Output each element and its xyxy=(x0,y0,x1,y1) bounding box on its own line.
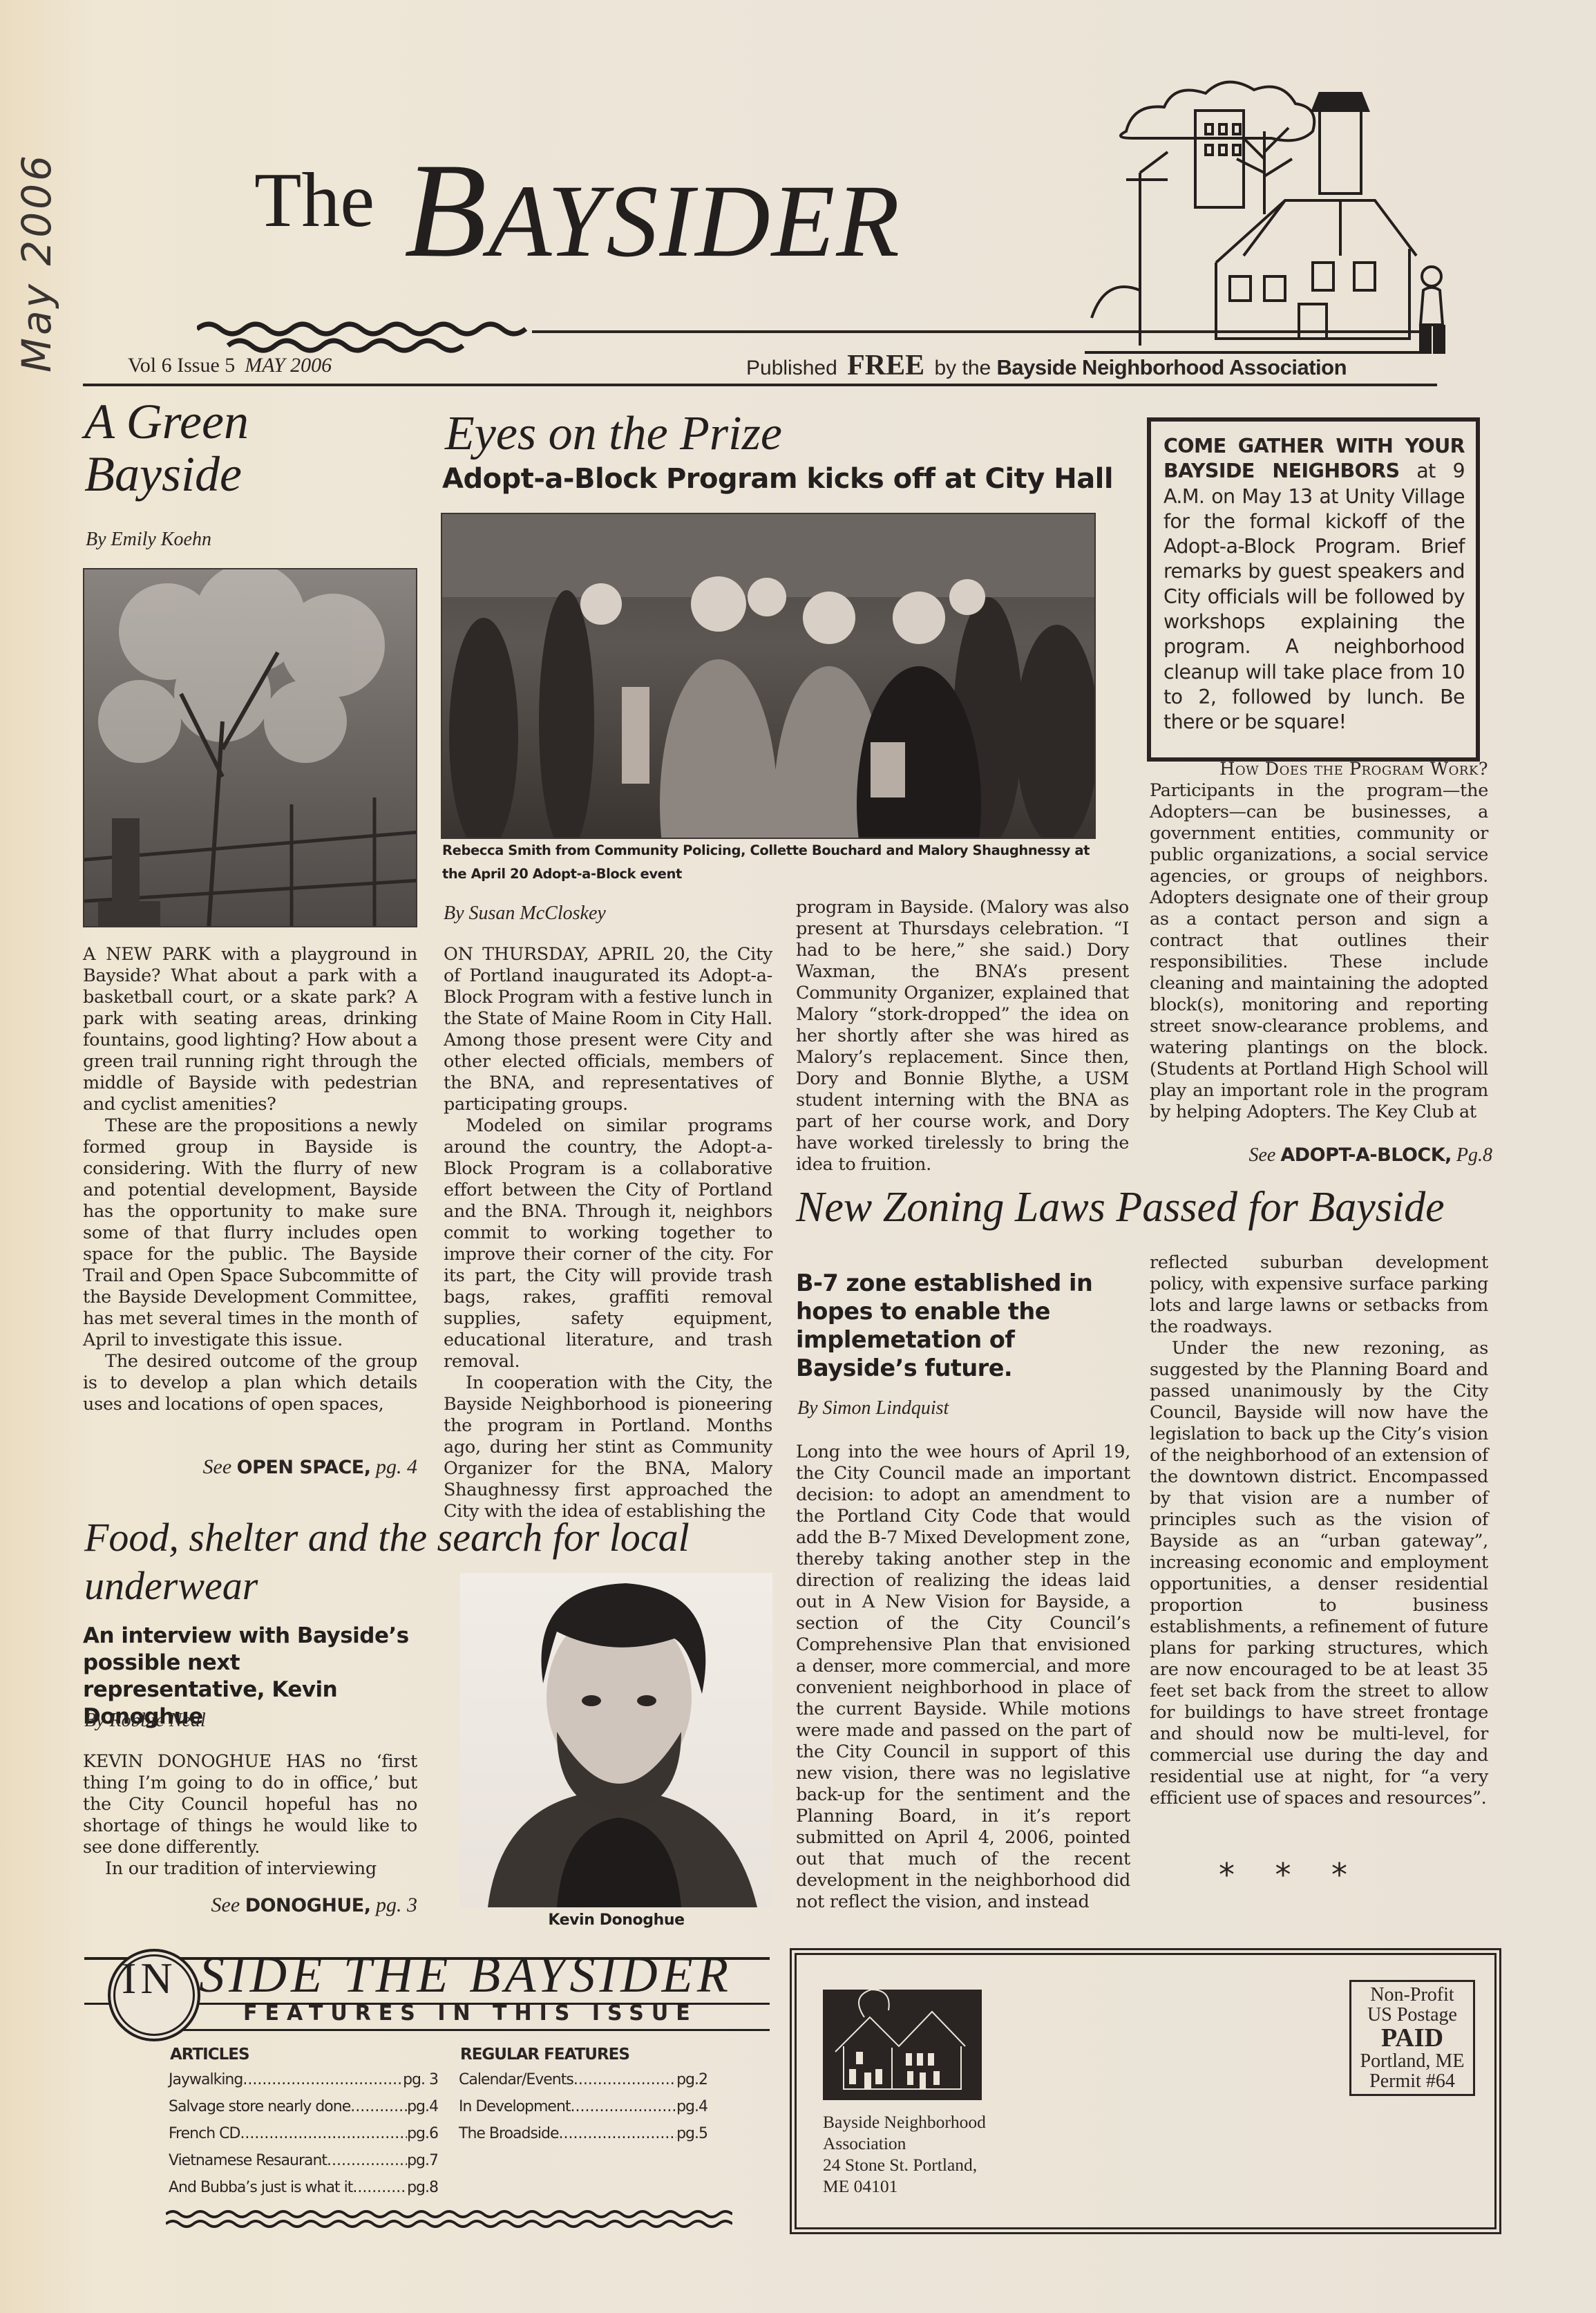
eyes-on-prize-col2: program in Bayside. (Malory was also pre… xyxy=(796,897,1129,1176)
zoning-col1: Long into the wee hours of April 19, the… xyxy=(796,1442,1130,1913)
donoghue-body: KEVIN DONOGHUE HAS no ‘first thing I’m g… xyxy=(83,1751,417,1880)
byline: By Emily Koehn xyxy=(86,529,211,551)
inside-title-in: IN xyxy=(122,1953,177,2004)
toc-item-french-cd[interactable]: French CD...............................… xyxy=(169,2120,438,2147)
jump-target: OPEN SPACE, xyxy=(237,1457,371,1478)
jump-open-space-link[interactable]: See OPEN SPACE, pg. 4 xyxy=(83,1455,417,1479)
paragraph: Participants in the program—the Adopters… xyxy=(1150,780,1488,1123)
toc-leader: ........................................… xyxy=(327,2147,407,2174)
paragraph: In our tradition of interviewing xyxy=(83,1858,417,1880)
issue-date: MAY 2006 xyxy=(245,354,332,377)
address-line: ME 04101 xyxy=(823,2175,986,2197)
zoning-col2: reflected suburban development policy, w… xyxy=(1150,1252,1488,1809)
toc-item-calendar[interactable]: Calendar/Events.........................… xyxy=(459,2066,707,2093)
handwritten-date-note: May 2006 xyxy=(6,138,68,387)
portrait-photo-icon xyxy=(460,1573,772,1907)
eyes-on-prize-deck: Adopt-a-Block Program kicks off at City … xyxy=(442,463,1113,495)
zoning-headline: New Zoning Laws Passed for Bayside xyxy=(796,1183,1445,1232)
handwritten-text: May 2006 xyxy=(13,153,60,372)
neighborhood-illustration-icon xyxy=(967,55,1451,359)
portrait-caption: Kevin Donoghue xyxy=(460,1909,772,1932)
photo-caption: Rebecca Smith from Community Policing, C… xyxy=(442,839,1105,886)
postage-indicia: Non-Profit US Postage PAID Portland, ME … xyxy=(1349,1980,1475,2096)
paragraph: Modeled on similar programs around the c… xyxy=(444,1115,772,1372)
end-of-article-marks: * * * xyxy=(1219,1856,1347,1894)
toc-title: The Broadside xyxy=(459,2120,559,2147)
masthead-rest: AYSIDER xyxy=(488,164,901,278)
toc-title: Jaywalking xyxy=(169,2066,243,2093)
toc-title: French CD xyxy=(169,2120,240,2147)
volume-issue: Vol 6 Issue 5 xyxy=(128,354,235,377)
toc-title: And Bubba’s just is what it xyxy=(169,2174,352,2201)
inside-title: SIDE THE BAYSIDER xyxy=(199,1946,732,2005)
byline: By Susan McCloskey xyxy=(444,903,606,925)
publisher-line: Published FREE by the Bayside Neighborho… xyxy=(746,349,1347,382)
jump-adopt-a-block-link[interactable]: See ADOPT-A-BLOCK, Pg.8 xyxy=(1147,1144,1492,1167)
paragraph: reflected suburban development policy, w… xyxy=(1150,1252,1488,1338)
postage-line: Non-Profit xyxy=(1356,1985,1469,2005)
published-free: FREE xyxy=(847,350,924,381)
features-list: Calendar/Events.........................… xyxy=(459,2066,707,2147)
adopt-a-block-event-photo xyxy=(441,513,1096,839)
articles-list: Jaywalking..............................… xyxy=(169,2066,438,2201)
kevin-donoghue-portrait xyxy=(460,1573,772,1907)
green-bayside-body: A NEW PARK with a playground in Bayside?… xyxy=(83,944,417,1415)
green-bayside-headline: A Green Bayside xyxy=(84,395,249,500)
postage-line: Portland, ME xyxy=(1356,2051,1469,2071)
jump-target: DONOGHUE, xyxy=(245,1895,371,1916)
inside-subtitle: FEATURES IN THIS ISSUE xyxy=(243,2001,698,2026)
issue-info: Vol 6 Issue 5MAY 2006 xyxy=(128,354,332,377)
articles-heading: ARTICLES xyxy=(170,2046,249,2064)
see-label: See xyxy=(1248,1144,1275,1166)
toc-item-broadside[interactable]: The Broadside...........................… xyxy=(459,2120,707,2147)
toc-page: pg.7 xyxy=(407,2147,438,2174)
masthead-the: The xyxy=(254,156,374,245)
address-line: Association xyxy=(823,2133,986,2154)
paragraph: ON THURSDAY, APRIL 20, the City of Portl… xyxy=(444,944,772,1115)
byline: By Simon Lindquist xyxy=(797,1397,949,1419)
jump-donoghue-link[interactable]: See DONOGHUE, pg. 3 xyxy=(83,1894,417,1917)
see-label: See xyxy=(203,1455,232,1478)
paragraph: Long into the wee hours of April 19, the… xyxy=(796,1442,1130,1913)
headline-line: Bayside xyxy=(84,448,249,500)
masthead-title: BAYSIDER xyxy=(404,133,901,288)
address-line: Bayside Neighborhood xyxy=(823,2111,986,2133)
wave-ornament-icon xyxy=(197,319,542,354)
toc-item-vietnamese-restaurant[interactable]: Vietnamese Resaurant....................… xyxy=(169,2147,438,2174)
jump-target: ADOPT-A-BLOCK, xyxy=(1280,1144,1452,1166)
postage-permit: Permit #64 xyxy=(1356,2071,1469,2091)
toc-page: pg.8 xyxy=(407,2174,438,2201)
paragraph: In cooperation with the City, the Baysid… xyxy=(444,1372,772,1522)
inside-rule-bottom xyxy=(138,2029,770,2031)
people-photo-icon xyxy=(442,514,1096,839)
toc-leader: ........................................… xyxy=(350,2093,407,2120)
postage-paid: PAID xyxy=(1381,2023,1443,2052)
program-subhead: How Does the Program Work? xyxy=(1150,759,1488,780)
paragraph: program in Bayside. (Malory was also pre… xyxy=(796,897,1129,1176)
toc-leader: ........................................… xyxy=(243,2066,403,2093)
toc-leader: ........................................… xyxy=(240,2120,407,2147)
masthead-rule xyxy=(83,384,1437,386)
jump-page: Pg.8 xyxy=(1456,1144,1492,1166)
bna-houses-logo-icon xyxy=(823,1990,982,2100)
toc-title: In Development xyxy=(459,2093,571,2120)
toc-leader: ........................................… xyxy=(559,2120,677,2147)
features-heading: REGULAR FEATURES xyxy=(460,2046,629,2064)
toc-title: Salvage store nearly done xyxy=(169,2093,350,2120)
toc-page: pg.4 xyxy=(676,2093,707,2120)
published-by: by the xyxy=(934,357,991,379)
address-line: 24 Stone St. Portland, xyxy=(823,2154,986,2175)
toc-page: pg. 3 xyxy=(403,2066,438,2093)
published-prefix: Published xyxy=(746,357,837,379)
eyes-on-prize-headline: Eyes on the Prize xyxy=(445,406,782,462)
publisher-org: Bayside Neighborhood Association xyxy=(997,355,1347,379)
see-label: See xyxy=(211,1894,240,1916)
paragraph: The desired outcome of the group is to d… xyxy=(83,1351,417,1415)
toc-page: pg.2 xyxy=(676,2066,707,2093)
toc-page: pg.5 xyxy=(676,2120,707,2147)
park-photo xyxy=(83,568,417,927)
toc-leader: ........................................… xyxy=(571,2093,677,2120)
paragraph: KEVIN DONOGHUE HAS no ‘first thing I’m g… xyxy=(83,1751,417,1858)
jump-page: pg. 4 xyxy=(376,1455,417,1478)
callout-text: at 9 A.M. on May 13 at Unity Village for… xyxy=(1163,460,1465,733)
toc-title: Calendar/Events xyxy=(459,2066,573,2093)
toc-item-jaywalking[interactable]: Jaywalking..............................… xyxy=(169,2066,438,2093)
postage-line: US Postage xyxy=(1356,2005,1469,2025)
toc-item-salvage-store[interactable]: Salvage store nearly done...............… xyxy=(169,2093,438,2120)
paragraph: Under the new rezoning, as suggested by … xyxy=(1150,1338,1488,1809)
zoning-deck: B-7 zone established in hopes to enable … xyxy=(796,1269,1121,1382)
jump-page: pg. 3 xyxy=(376,1894,417,1916)
eyes-on-prize-col3: How Does the Program Work? Participants … xyxy=(1150,759,1488,1123)
toc-page: pg.4 xyxy=(407,2093,438,2120)
toc-leader: ........................................… xyxy=(352,2174,407,2201)
kickoff-event-callout: COME GATHER WITH YOUR BAYSIDE NEIGHBORS … xyxy=(1147,417,1480,762)
headline-line: A Green xyxy=(84,395,249,448)
tree-fence-photo-icon xyxy=(84,569,417,927)
mailing-panel: Bayside Neighborhood Association 24 Ston… xyxy=(795,1953,1497,2229)
toc-page: pg.6 xyxy=(407,2120,438,2147)
toc-item-in-development[interactable]: In Development..........................… xyxy=(459,2093,707,2120)
toc-title: Vietnamese Resaurant xyxy=(169,2147,327,2174)
byline: By Robbie Neal xyxy=(84,1710,206,1732)
return-address: Bayside Neighborhood Association 24 Ston… xyxy=(823,2111,986,2197)
masthead-initial: B xyxy=(404,135,488,285)
eyes-on-prize-col1: ON THURSDAY, APRIL 20, the City of Portl… xyxy=(444,944,772,1522)
paragraph: These are the propositions a newly forme… xyxy=(83,1115,417,1351)
paragraph: A NEW PARK with a playground in Bayside?… xyxy=(83,944,417,1115)
toc-leader: ........................................… xyxy=(573,2066,676,2093)
wave-divider-icon xyxy=(166,2209,732,2229)
toc-item-bubbas[interactable]: And Bubba’s just is what it.............… xyxy=(169,2174,438,2201)
